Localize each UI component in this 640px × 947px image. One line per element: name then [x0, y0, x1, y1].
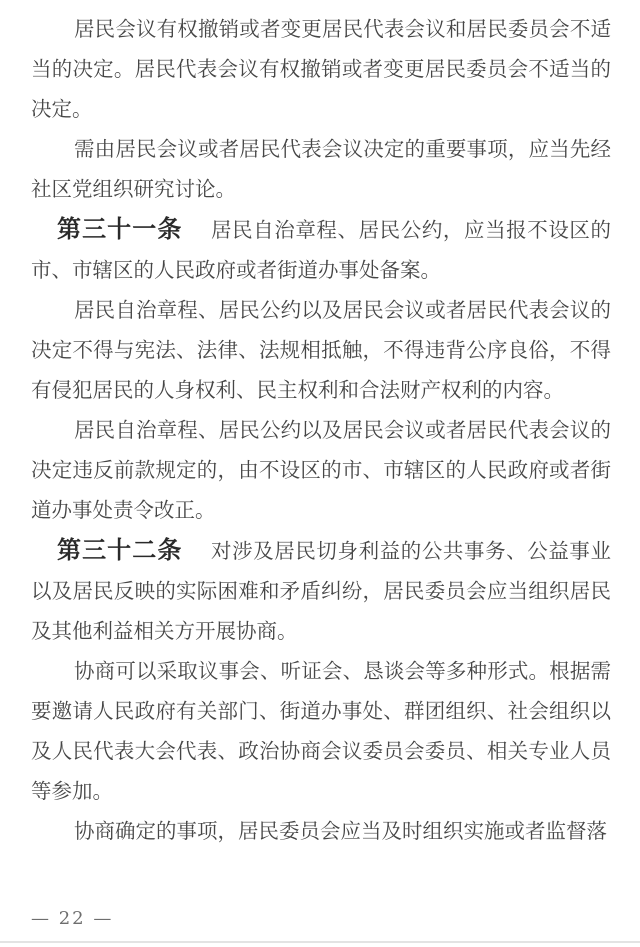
paragraph: 协商可以采取议事会、听证会、恳谈会等多种形式。根据需要邀请人民政府有关部门、街道… — [31, 651, 611, 811]
paragraph: 第三十二条对涉及居民切身利益的公共事务、公益事业以及居民反映的实际困难和矛盾纠纷… — [31, 530, 611, 651]
paragraph: 需由居民会议或者居民代表会议决定的重要事项，应当先经社区党组织研究讨论。 — [31, 129, 611, 209]
paragraph-text: 协商确定的事项，居民委员会应当及时组织实施或者监督落 — [74, 819, 607, 843]
paragraph: 居民自治章程、居民公约以及居民会议或者居民代表会议的决定不得与宪法、法律、法规相… — [31, 290, 611, 410]
paragraph: 协商确定的事项，居民委员会应当及时组织实施或者监督落 — [31, 811, 611, 851]
article-number: 第三十一条 — [57, 214, 182, 243]
paragraph-text: 需由居民会议或者居民代表会议决定的重要事项，应当先经社区党组织研究讨论。 — [31, 137, 611, 201]
paragraph-text: 居民自治章程、居民公约以及居民会议或者居民代表会议的决定不得与宪法、法律、法规相… — [31, 298, 611, 402]
paragraph: 第三十一条居民自治章程、居民公约，应当报不设区的市、市辖区的人民政府或者街道办事… — [31, 209, 611, 290]
paragraph-text: 居民自治章程、居民公约以及居民会议或者居民代表会议的决定违反前款规定的，由不设区… — [31, 418, 611, 522]
article-number: 第三十二条 — [57, 535, 182, 564]
paragraph: 居民会议有权撤销或者变更居民代表会议和居民委员会不适当的决定。居民代表会议有权撤… — [31, 9, 611, 129]
page-number: — 22 — — [31, 908, 113, 930]
document-page: 居民会议有权撤销或者变更居民代表会议和居民委员会不适当的决定。居民代表会议有权撤… — [0, 0, 640, 947]
document-body: 居民会议有权撤销或者变更居民代表会议和居民委员会不适当的决定。居民代表会议有权撤… — [0, 0, 640, 851]
paragraph-text: 协商可以采取议事会、听证会、恳谈会等多种形式。根据需要邀请人民政府有关部门、街道… — [31, 659, 611, 803]
paragraph-text: 居民会议有权撤销或者变更居民代表会议和居民委员会不适当的决定。居民代表会议有权撤… — [31, 17, 611, 121]
paragraph: 居民自治章程、居民公约以及居民会议或者居民代表会议的决定违反前款规定的，由不设区… — [31, 410, 611, 530]
page-edge-divider — [0, 941, 640, 943]
